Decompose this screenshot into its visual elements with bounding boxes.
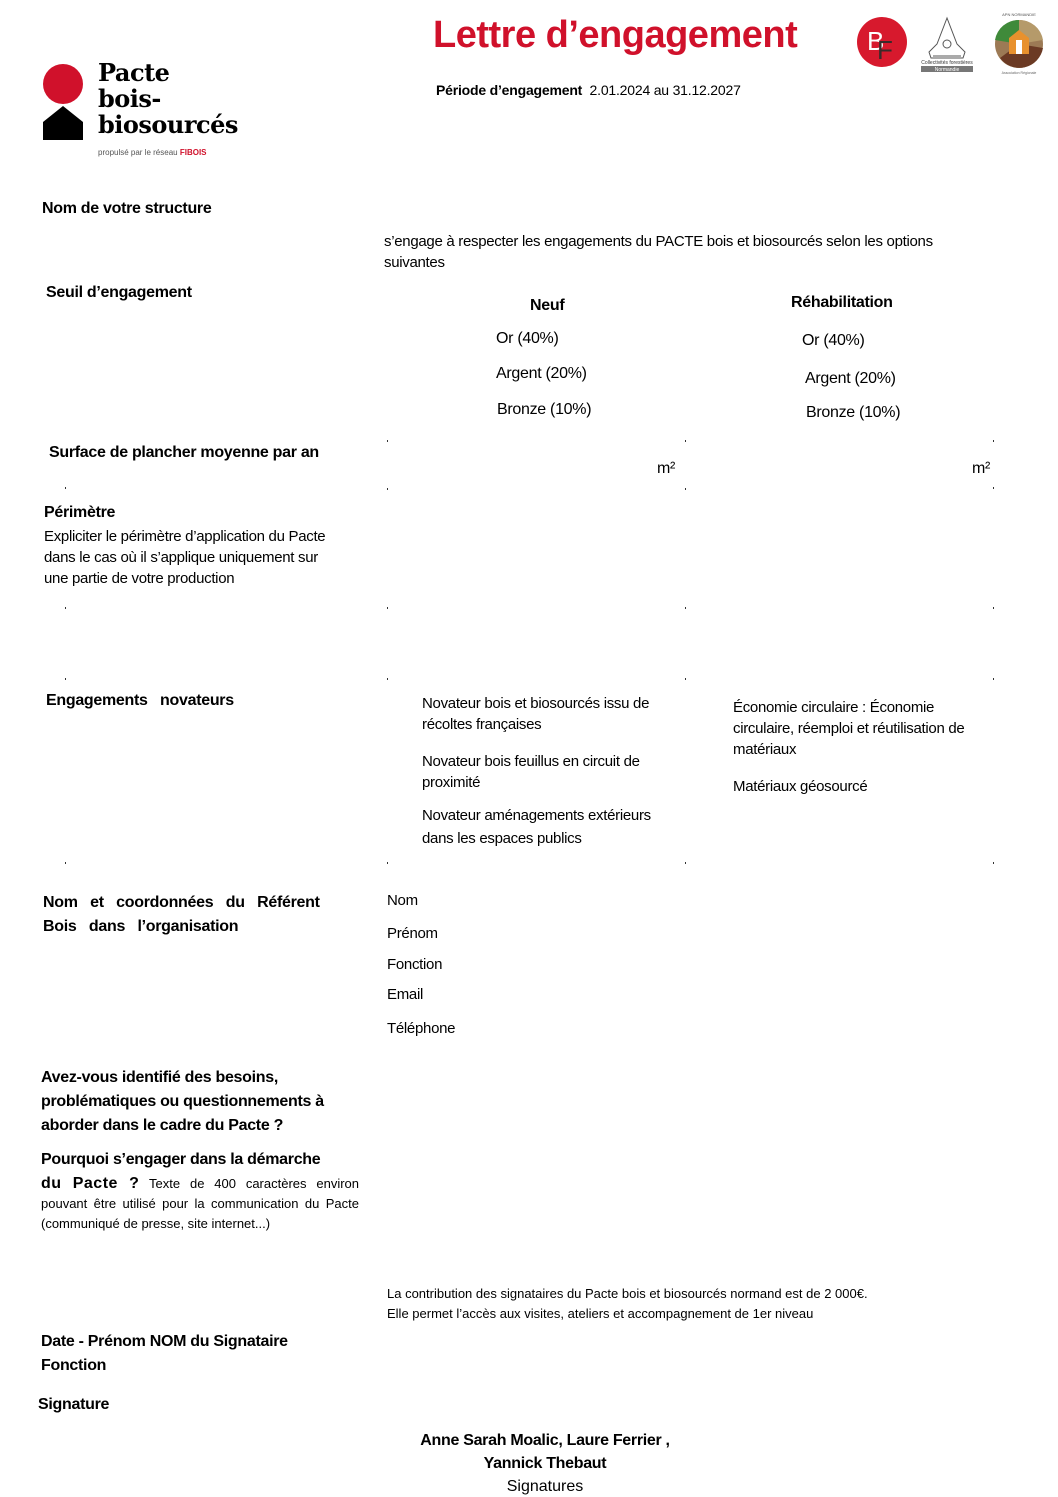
referent-field-prenom[interactable]: Prénom xyxy=(387,923,438,944)
apn-normandie-logo: APN NORMANDIE Association Régionale xyxy=(990,10,1048,82)
svg-text:Association Régionale: Association Régionale xyxy=(1002,71,1037,75)
logo-house-icon xyxy=(43,106,83,140)
collectivites-forestieres-logo: Collectivités forestières Normandie xyxy=(917,14,977,74)
perimeter-input[interactable] xyxy=(387,490,992,610)
signature-field[interactable] xyxy=(160,1390,380,1450)
co-signers: Anne Sarah Moalic, Laure Ferrier , Yanni… xyxy=(390,1429,700,1497)
needs-answer-input[interactable] xyxy=(387,1066,992,1136)
perimeter-help: Expliciter le périmètre d’application du… xyxy=(44,526,344,589)
innovative-label: Engagements novateurs xyxy=(46,692,234,710)
option-new-argent[interactable]: Argent (20%) xyxy=(496,365,587,383)
svg-text:Collectivités forestières: Collectivités forestières xyxy=(921,60,973,66)
logo-tagline: propulsé par le réseau FIBOIS xyxy=(98,148,207,157)
page-title: Lettre d’engagement xyxy=(433,14,797,57)
fibois-logo: FB xyxy=(857,17,907,67)
innovative-option-hardwood[interactable]: Novateur bois feuillus en circuit de pro… xyxy=(422,751,672,793)
surface-new-input[interactable] xyxy=(387,440,677,482)
contribution-note: La contribution des signataires du Pacte… xyxy=(387,1284,868,1324)
surface-label: Surface de plancher moyenne par an xyxy=(49,444,319,462)
innovative-option-geosourced[interactable]: Matériaux géosourcé xyxy=(733,776,973,797)
threshold-label: Seuil d’engagement xyxy=(46,284,192,302)
innovative-option-french-harvest[interactable]: Novateur bois et biosourcés issu de réco… xyxy=(422,693,672,735)
option-new-or[interactable]: Or (40%) xyxy=(496,330,559,348)
option-rehab-argent[interactable]: Argent (20%) xyxy=(805,370,896,388)
option-rehab-bronze[interactable]: Bronze (10%) xyxy=(806,404,900,422)
innovative-option-public-spaces[interactable]: Novateur aménagements extérieurs dans le… xyxy=(422,804,652,850)
svg-text:APN NORMANDIE: APN NORMANDIE xyxy=(1002,12,1036,17)
logo-wordmark: Pacte bois- biosourcés xyxy=(98,60,238,138)
surface-new-unit: m² xyxy=(657,460,675,478)
why-question-block: du Pacte ? Texte de 400 caractères envir… xyxy=(41,1174,359,1234)
innovative-option-circular-economy[interactable]: Économie circulaire : Économie circulair… xyxy=(733,697,973,760)
surface-rehab-input[interactable] xyxy=(690,440,975,482)
structure-name-label: Nom de votre structure xyxy=(42,200,211,218)
referent-field-telephone[interactable]: Téléphone xyxy=(387,1018,455,1039)
why-question-line1: Pourquoi s’engager dans la démarche xyxy=(41,1151,320,1169)
perimeter-label: Périmètre xyxy=(44,504,115,522)
threshold-heading-rehab: Réhabilitation xyxy=(791,294,893,312)
option-rehab-or[interactable]: Or (40%) xyxy=(802,332,865,350)
signatory-label: Date - Prénom NOM du Signataire Fonction xyxy=(41,1330,288,1378)
engagement-statement: s’engage à respecter les engagements du … xyxy=(384,231,944,273)
referent-label-line2: Bois dans l’organisation xyxy=(43,918,238,936)
referent-field-fonction[interactable]: Fonction xyxy=(387,954,442,975)
referent-label-line1: Nom et coordonnées du Référent xyxy=(43,894,359,912)
svg-text:Normandie: Normandie xyxy=(935,67,960,73)
signature-label: Signature xyxy=(38,1396,109,1414)
logo-circle-icon xyxy=(43,64,83,104)
why-answer-input[interactable] xyxy=(387,1151,992,1261)
threshold-heading-new: Neuf xyxy=(530,297,564,315)
option-new-bronze[interactable]: Bronze (10%) xyxy=(497,401,591,419)
needs-question: Avez-vous identifié des besoins, problém… xyxy=(41,1066,366,1138)
surface-rehab-unit: m² xyxy=(972,460,990,478)
engagement-period: Période d’engagement 2.01.2024 au 31.12.… xyxy=(436,82,741,98)
referent-field-email[interactable]: Email xyxy=(387,984,423,1005)
referent-field-nom[interactable]: Nom xyxy=(387,890,418,911)
